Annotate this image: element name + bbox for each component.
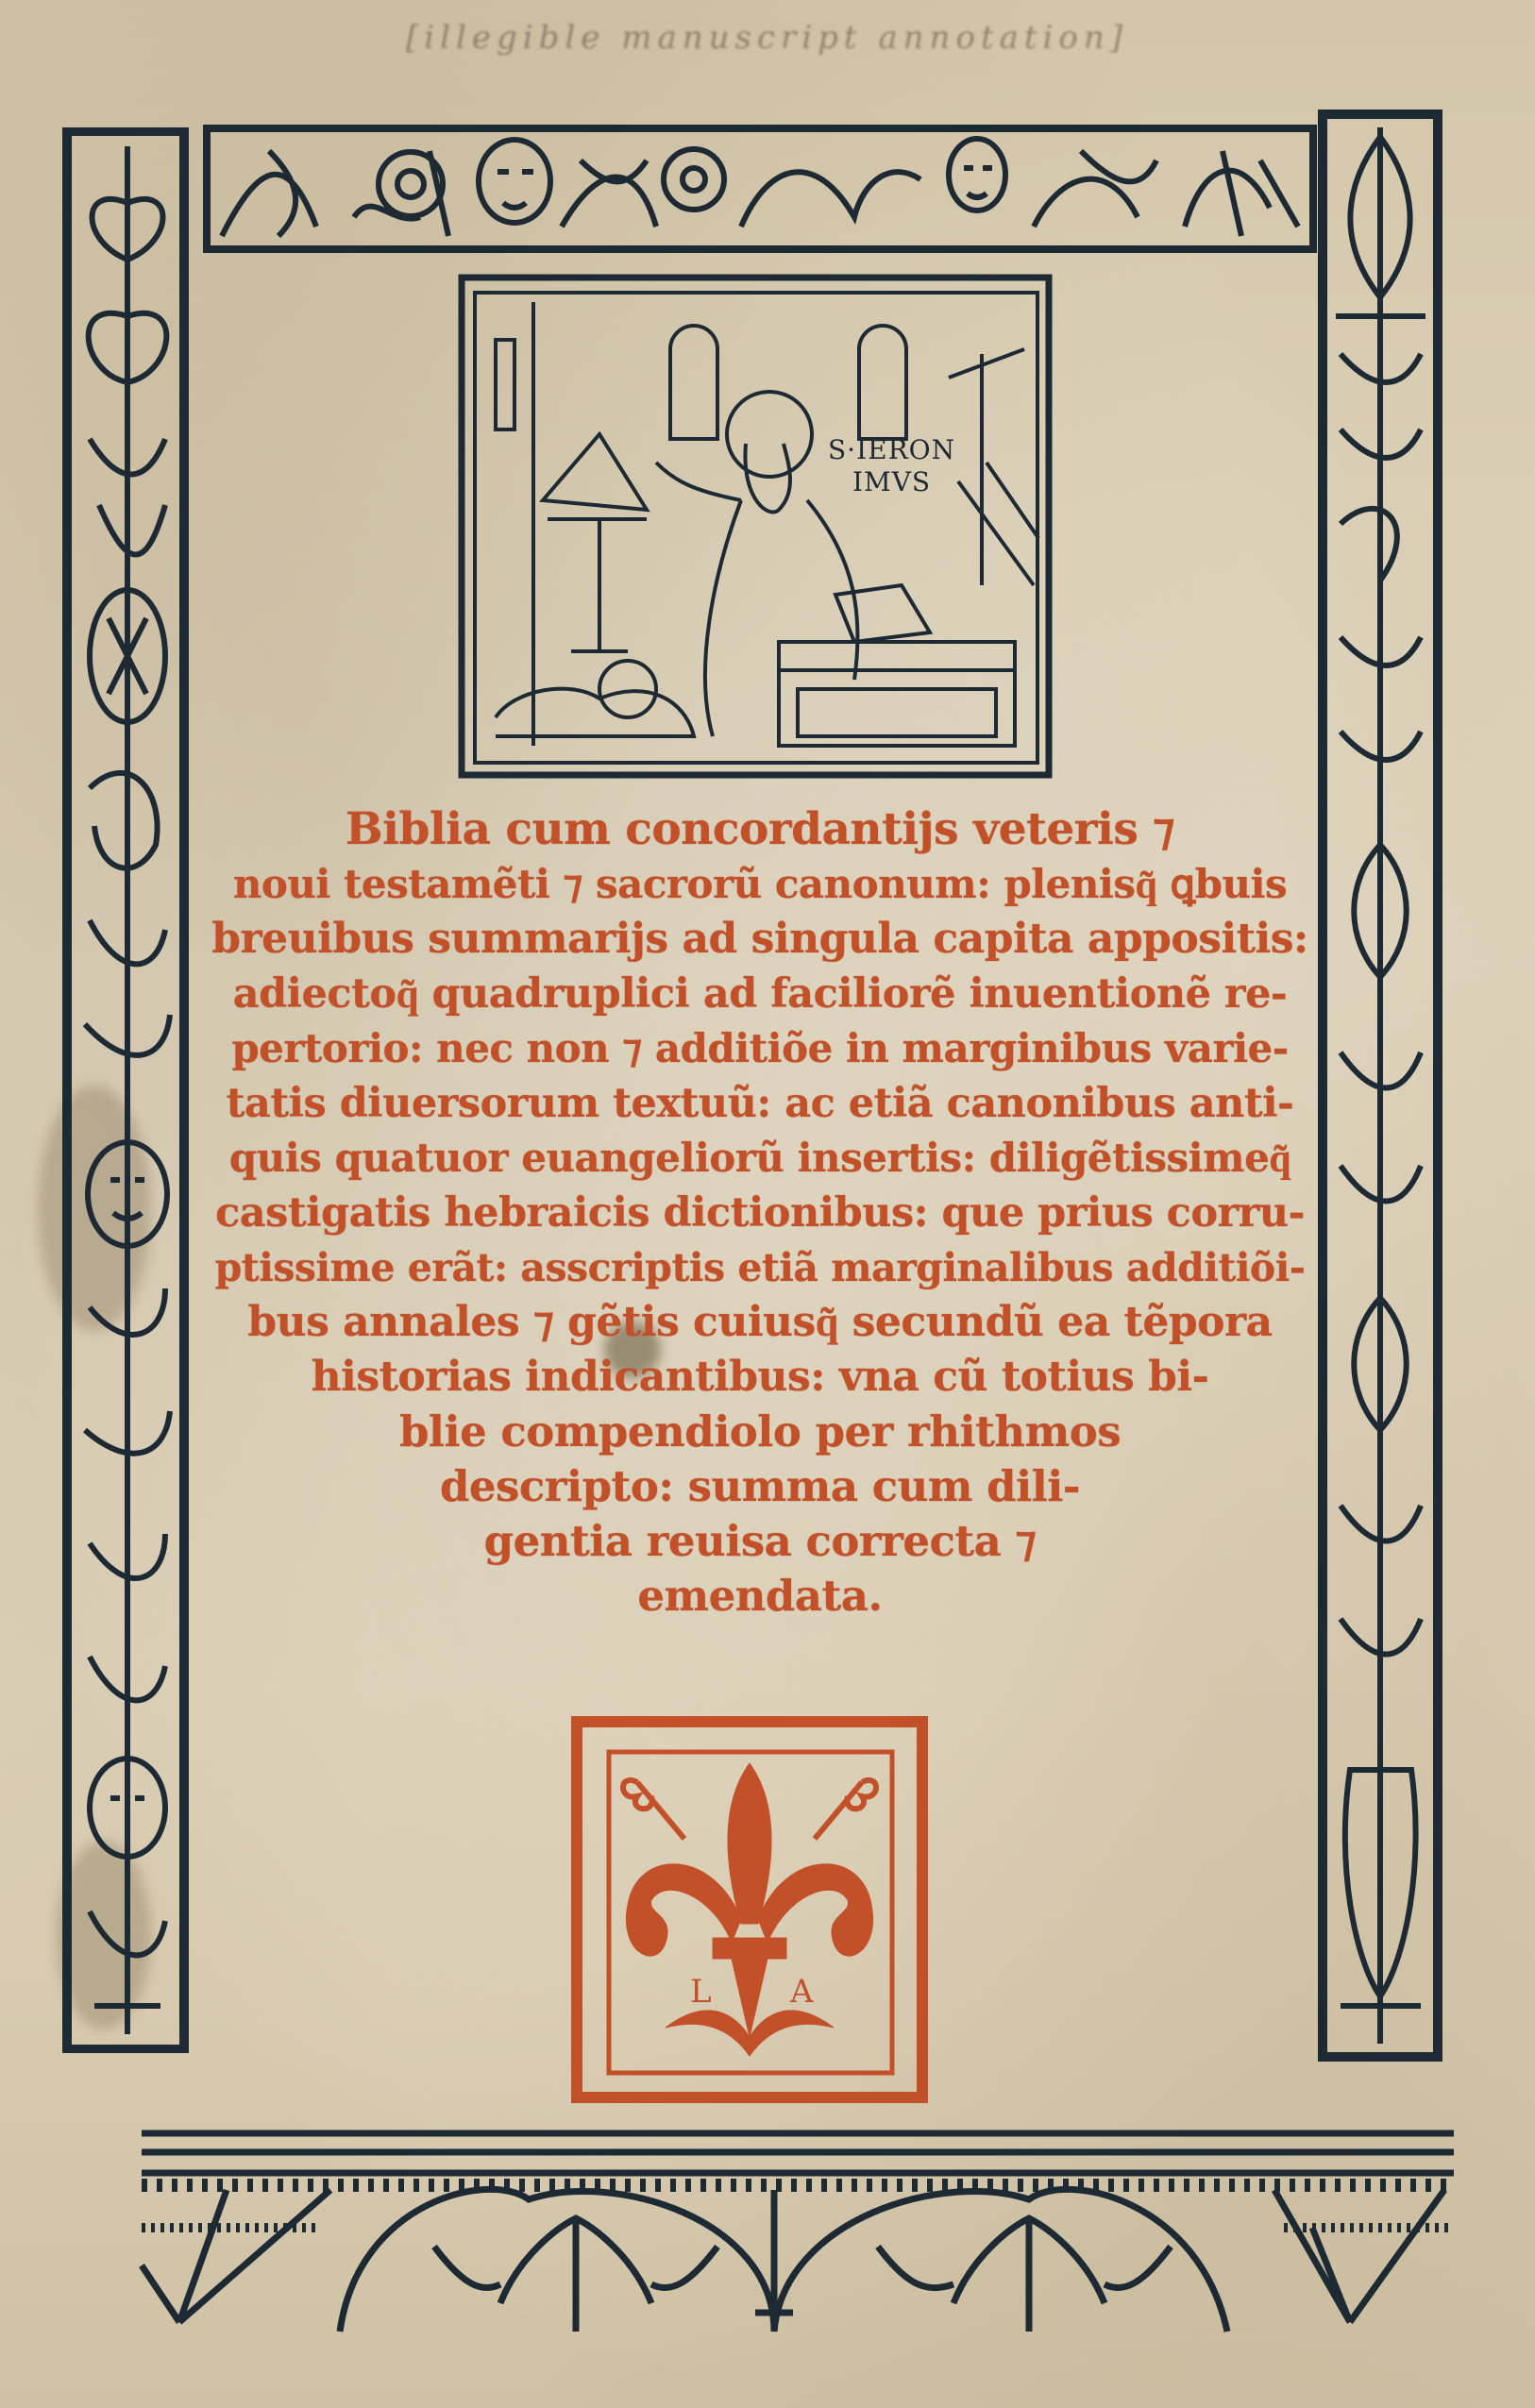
saint-jerome-woodcut: S·IERON IMVS [458,274,1053,779]
title-line: emendata. [208,1569,1312,1624]
title-line: castigatis hebraicis dictionibus: que pr… [208,1186,1312,1240]
title-line: breuibus summarijs ad singula capita app… [208,912,1312,967]
caption-line-2: IMVS [828,466,955,498]
title-line: Biblia cum concordantijs veteris ⁊ [208,802,1312,857]
caption-line-1: S·IERON [828,434,955,466]
device-initial-left: L [690,1973,712,2011]
title-page: [illegible manuscript annotation] [0,0,1535,2408]
title-line: quis quatuor euangeliorũ insertis: dilig… [208,1131,1312,1186]
title-line: pertorio: nec non ⁊ additiõe in marginib… [208,1021,1312,1076]
title-line: noui testamẽti ⁊ sacrorũ canonum: plenis… [208,857,1312,912]
handwritten-annotation: [illegible manuscript annotation] [406,19,1180,76]
title-line: ptissime erãt: asscriptis etiã marginali… [208,1240,1312,1295]
title-line: descripto: summa cum dili- [208,1459,1312,1514]
right-border-woodcut [1317,109,1444,2063]
title-line: blie compendiolo per rhithmos [208,1405,1312,1459]
left-border-woodcut [61,127,194,2053]
title-line: gentia reuisa correcta ⁊ [208,1514,1312,1569]
woodcut-caption: S·IERON IMVS [828,434,955,498]
printers-device-fleur-de-lis: L A [571,1716,928,2103]
title-line: bus annales ⁊ gẽtis cuiusq͂ secundũ ea t… [208,1295,1312,1350]
top-border-woodcut [203,123,1317,255]
title-line: adiectoq͂ quadruplici ad faciliorẽ inuen… [208,967,1312,1021]
title-line: tatis diuersorum textuũ: ac etiã canonib… [208,1076,1312,1131]
device-initial-right: A [790,1973,814,2011]
title-text: Biblia cum concordantijs veteris ⁊ noui … [208,802,1312,1699]
bottom-border-woodcut [123,2114,1473,2346]
title-line: historias indicantibus: vna cũ totius bi… [208,1350,1312,1405]
